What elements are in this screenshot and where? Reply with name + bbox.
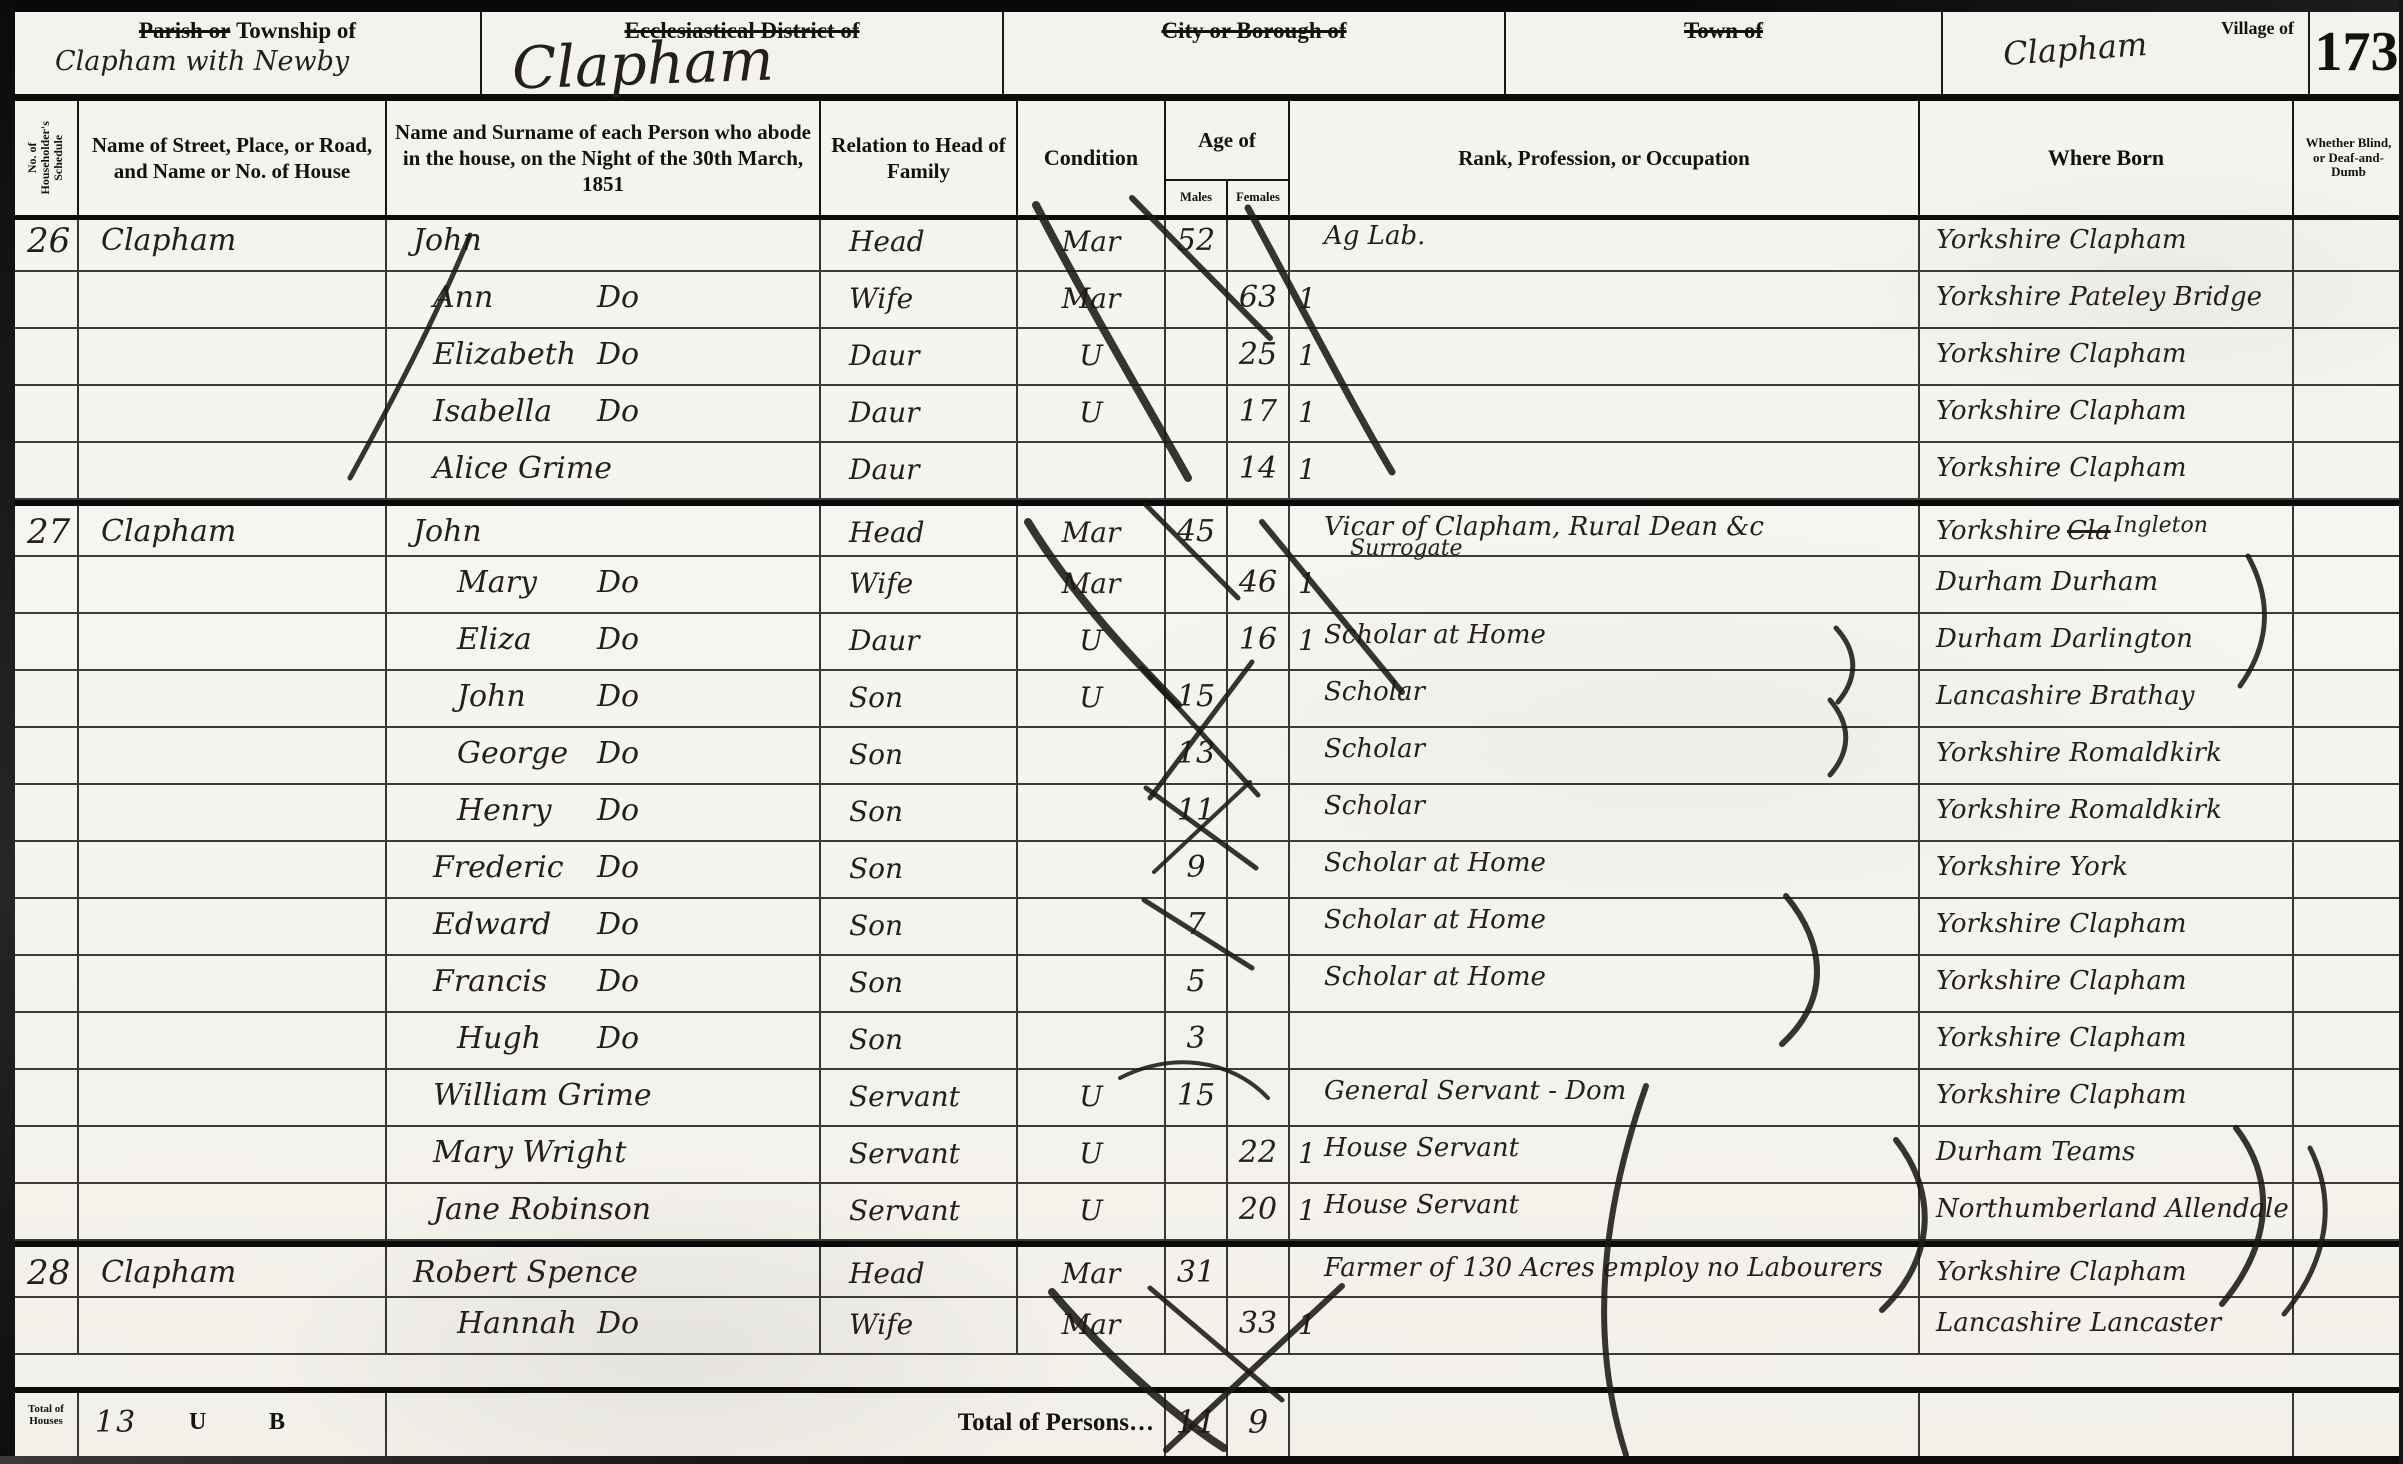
person-name: Jane Robinson <box>387 1184 821 1239</box>
relation-value: Head <box>821 215 1018 270</box>
where-born-value: Yorkshire Clapham <box>1920 899 2294 954</box>
table-row: FredericDo Son 9 Scholar at Home Yorkshi… <box>15 842 2403 899</box>
infirmity-value <box>2294 956 2403 1011</box>
schedule-number <box>15 329 79 384</box>
condition-value <box>1018 728 1166 783</box>
condition-value: Mar <box>1018 1298 1166 1353</box>
age-male-value <box>1166 272 1228 327</box>
parish-label: Parish or Township of <box>15 12 480 44</box>
schedule-number <box>15 1127 79 1182</box>
person-name: FrancisDo <box>387 956 821 1011</box>
schedule-number <box>15 842 79 897</box>
town-label: Town of <box>1506 12 1941 44</box>
ecclesiastical-box: Ecclesiastical District of Clapham <box>482 12 1004 94</box>
age-male-value <box>1166 1127 1228 1182</box>
condition-value <box>1018 842 1166 897</box>
table-row: EdwardDo Son 7 Scholar at Home Yorkshire… <box>15 899 2403 956</box>
age-male-value: 13 <box>1166 728 1228 783</box>
total-houses-cell: 13 U B <box>79 1393 387 1462</box>
relation-value: Head <box>821 1247 1018 1296</box>
scan-edge-left <box>0 0 15 1464</box>
person-name: John <box>387 506 821 555</box>
occupation-value: 1Scholar at Home <box>1290 614 1920 669</box>
village-box: Village of Clapham <box>1943 12 2310 94</box>
age-female-value: 33 <box>1228 1298 1290 1353</box>
infirmity-value <box>2294 506 2403 555</box>
where-born-value: Yorkshire York <box>1920 842 2294 897</box>
infirmity-value <box>2294 1298 2403 1353</box>
table-row: ElizabethDo Daur U 25 1 Yorkshire Clapha… <box>15 329 2403 386</box>
table-row: 27 Clapham John Head Mar 45 Vicar of Cla… <box>15 500 2403 557</box>
census-sheet: Parish or Township of Clapham with Newby… <box>0 0 2403 1464</box>
schedule-number <box>15 1070 79 1125</box>
infirmity-value <box>2294 899 2403 954</box>
infirmity-value <box>2294 329 2403 384</box>
col-age-females: Females <box>1228 181 1288 215</box>
age-male-value: 45 <box>1166 506 1228 555</box>
age-female-value <box>1228 1070 1290 1125</box>
total-males: 11 <box>1166 1393 1228 1462</box>
tally-tick: 1 <box>1298 282 1316 315</box>
total-houses-label: Total of Houses <box>15 1393 79 1462</box>
age-female-value <box>1228 1247 1290 1296</box>
occupation-value: 1 <box>1290 443 1920 498</box>
street-name <box>79 1184 387 1239</box>
condition-value: Mar <box>1018 215 1166 270</box>
col-age-split: MalesFemales <box>1166 181 1288 215</box>
person-name: John <box>387 215 821 270</box>
age-male-value: 9 <box>1166 842 1228 897</box>
page-header: Parish or Township of Clapham with Newby… <box>15 12 2403 101</box>
schedule-number <box>15 1184 79 1239</box>
schedule-number: 26 <box>15 215 79 270</box>
table-row: William Grime Servant U 15 General Serva… <box>15 1070 2403 1127</box>
age-female-value: 63 <box>1228 272 1290 327</box>
occupation-value: Scholar <box>1290 785 1920 840</box>
relation-value: Daur <box>821 329 1018 384</box>
where-born-value: Yorkshire Romaldkirk <box>1920 728 2294 783</box>
age-female-value <box>1228 728 1290 783</box>
col-condition: Condition <box>1018 101 1166 215</box>
age-female-value: 20 <box>1228 1184 1290 1239</box>
street-name <box>79 386 387 441</box>
scan-edge-top <box>0 0 2403 12</box>
person-name: HannahDo <box>387 1298 821 1353</box>
building-letter: B <box>269 1409 285 1436</box>
street-name <box>79 557 387 612</box>
scan-edge-bottom <box>0 1456 2403 1464</box>
table-row: ElizaDo Daur U 16 1Scholar at Home Durha… <box>15 614 2403 671</box>
footer-occupation-blank <box>1290 1393 1920 1462</box>
schedule-number <box>15 614 79 669</box>
age-female-value: 16 <box>1228 614 1290 669</box>
schedule-number <box>15 728 79 783</box>
occupation-value: Vicar of Clapham, Rural Dean &cSurrogate <box>1290 506 1920 555</box>
relation-value: Wife <box>821 1298 1018 1353</box>
census-rows: 26 Clapham John Head Mar 52 Ag Lab. York… <box>15 215 2403 1355</box>
table-row: 26 Clapham John Head Mar 52 Ag Lab. York… <box>15 215 2403 272</box>
street-name <box>79 1127 387 1182</box>
street-name <box>79 272 387 327</box>
street-name: Clapham <box>79 506 387 555</box>
person-name: HenryDo <box>387 785 821 840</box>
schedule-number <box>15 557 79 612</box>
person-name: JohnDo <box>387 671 821 726</box>
age-male-value: 7 <box>1166 899 1228 954</box>
occupation-value: Farmer of 130 Acres employ no Labourers <box>1290 1247 1920 1296</box>
age-male-value: 5 <box>1166 956 1228 1011</box>
col-age-males: Males <box>1166 181 1228 215</box>
street-name <box>79 671 387 726</box>
where-born-value: Yorkshire Clapham <box>1920 386 2294 441</box>
city-label: City or Borough of <box>1004 12 1504 44</box>
where-born-value: Yorkshire Clapham <box>1920 215 2294 270</box>
tally-tick: 1 <box>1298 396 1316 429</box>
age-male-value: 11 <box>1166 785 1228 840</box>
infirmity-value <box>2294 215 2403 270</box>
infirmity-value <box>2294 671 2403 726</box>
age-male-value: 15 <box>1166 1070 1228 1125</box>
infirmity-value <box>2294 1184 2403 1239</box>
occupation-value: 1House Servant <box>1290 1184 1920 1239</box>
table-row: HughDo Son 3 Yorkshire Clapham <box>15 1013 2403 1070</box>
relation-value: Son <box>821 842 1018 897</box>
schedule-number <box>15 785 79 840</box>
relation-value: Servant <box>821 1184 1018 1239</box>
column-headers: No. of Householder's Schedule Name of St… <box>15 101 2403 220</box>
street-name <box>79 1013 387 1068</box>
total-persons-label: Total of Persons… <box>958 1409 1154 1437</box>
relation-value: Son <box>821 1013 1018 1068</box>
parish-box: Parish or Township of Clapham with Newby <box>15 12 482 94</box>
where-born-value: Yorkshire Pateley Bridge <box>1920 272 2294 327</box>
total-females: 9 <box>1228 1393 1290 1462</box>
street-name <box>79 443 387 498</box>
age-female-value <box>1228 842 1290 897</box>
condition-value <box>1018 443 1166 498</box>
condition-value: U <box>1018 1070 1166 1125</box>
where-born-value: Durham Teams <box>1920 1127 2294 1182</box>
condition-value: Mar <box>1018 1247 1166 1296</box>
page-number: 173 <box>2310 12 2403 84</box>
street-name <box>79 1298 387 1353</box>
age-male-value <box>1166 443 1228 498</box>
footer-born-blank <box>1920 1393 2294 1462</box>
where-born-value: Yorkshire Clapham <box>1920 1070 2294 1125</box>
col-infirm: Whether Blind, or Deaf-and-Dumb <box>2294 101 2403 215</box>
where-born-value: Durham Durham <box>1920 557 2294 612</box>
occupation-value: General Servant - Dom <box>1290 1070 1920 1125</box>
person-name: IsabellaDo <box>387 386 821 441</box>
occupation-value: 1 <box>1290 272 1920 327</box>
where-born-value: Northumberland Allendale <box>1920 1184 2294 1239</box>
occupation-value: Ag Lab. <box>1290 215 1920 270</box>
street-name: Clapham <box>79 215 387 270</box>
ecclesiastical-value: Clapham <box>511 25 775 102</box>
tally-tick: 1 <box>1298 1194 1316 1227</box>
table-row: GeorgeDo Son 13 Scholar Yorkshire Romald… <box>15 728 2403 785</box>
age-male-value: 52 <box>1166 215 1228 270</box>
age-male-value: 3 <box>1166 1013 1228 1068</box>
footer-infirm-blank <box>2294 1393 2403 1462</box>
table-row: JohnDo Son U 15 Scholar Lancashire Brath… <box>15 671 2403 728</box>
table-row: 28 Clapham Robert Spence Head Mar 31 Far… <box>15 1241 2403 1298</box>
condition-value: Mar <box>1018 506 1166 555</box>
schedule-number <box>15 1013 79 1068</box>
page-number-box: 173 <box>2310 12 2403 94</box>
infirmity-value <box>2294 842 2403 897</box>
condition-value: Mar <box>1018 557 1166 612</box>
street-name <box>79 785 387 840</box>
col-born: Where Born <box>1920 101 2294 215</box>
condition-value <box>1018 956 1166 1011</box>
where-born-value: YorkshireClaIngleton <box>1920 506 2294 555</box>
street-name: Clapham <box>79 1247 387 1296</box>
age-male-value <box>1166 557 1228 612</box>
condition-value: U <box>1018 1184 1166 1239</box>
schedule-number <box>15 386 79 441</box>
table-row: Mary Wright Servant U 22 1House Servant … <box>15 1127 2403 1184</box>
table-row: Alice Grime Daur 14 1 Yorkshire Clapham <box>15 443 2403 500</box>
relation-value: Daur <box>821 386 1018 441</box>
person-name: ElizabethDo <box>387 329 821 384</box>
infirmity-value <box>2294 785 2403 840</box>
condition-value <box>1018 785 1166 840</box>
age-male-value <box>1166 1184 1228 1239</box>
occupation-value: 1 <box>1290 1298 1920 1353</box>
schedule-number: 28 <box>15 1247 79 1296</box>
infirmity-value <box>2294 728 2403 783</box>
street-name <box>79 842 387 897</box>
occupation-value: Scholar <box>1290 728 1920 783</box>
relation-value: Wife <box>821 557 1018 612</box>
occupation-value <box>1290 1013 1920 1068</box>
table-row: HannahDo Wife Mar 33 1 Lancashire Lancas… <box>15 1298 2403 1355</box>
street-name <box>79 329 387 384</box>
age-female-value: 17 <box>1228 386 1290 441</box>
age-female-value: 46 <box>1228 557 1290 612</box>
condition-value: U <box>1018 1127 1166 1182</box>
infirmity-value <box>2294 614 2403 669</box>
tally-tick: 1 <box>1298 1137 1316 1170</box>
relation-value: Daur <box>821 443 1018 498</box>
where-born-value: Yorkshire Clapham <box>1920 956 2294 1011</box>
table-row: Jane Robinson Servant U 20 1House Servan… <box>15 1184 2403 1241</box>
person-name: Robert Spence <box>387 1247 821 1296</box>
age-male-value <box>1166 386 1228 441</box>
occupation-value: 1 <box>1290 557 1920 612</box>
relation-value: Servant <box>821 1127 1018 1182</box>
person-name: AnnDo <box>387 272 821 327</box>
infirmity-value <box>2294 272 2403 327</box>
col-schedule: No. of Householder's Schedule <box>15 101 79 215</box>
condition-value: U <box>1018 671 1166 726</box>
relation-value: Son <box>821 785 1018 840</box>
infirmity-value <box>2294 557 2403 612</box>
age-female-value <box>1228 1013 1290 1068</box>
where-born-value: Yorkshire Clapham <box>1920 443 2294 498</box>
age-male-value <box>1166 614 1228 669</box>
scan-edge-right <box>2399 0 2403 1464</box>
age-female-value: 14 <box>1228 443 1290 498</box>
relation-value: Servant <box>821 1070 1018 1125</box>
schedule-number <box>15 899 79 954</box>
condition-value: U <box>1018 614 1166 669</box>
age-female-value <box>1228 785 1290 840</box>
person-name: HughDo <box>387 1013 821 1068</box>
infirmity-value <box>2294 443 2403 498</box>
where-born-value: Lancashire Brathay <box>1920 671 2294 726</box>
condition-value: U <box>1018 329 1166 384</box>
tally-tick: 1 <box>1298 339 1316 372</box>
city-box: City or Borough of <box>1004 12 1506 94</box>
schedule-number <box>15 443 79 498</box>
age-male-value <box>1166 329 1228 384</box>
infirmity-value <box>2294 1070 2403 1125</box>
street-name <box>79 899 387 954</box>
tally-tick: 1 <box>1298 453 1316 486</box>
table-row: IsabellaDo Daur U 17 1 Yorkshire Clapham <box>15 386 2403 443</box>
relation-value: Head <box>821 506 1018 555</box>
schedule-number <box>15 1298 79 1353</box>
table-row: MaryDo Wife Mar 46 1 Durham Durham <box>15 557 2403 614</box>
condition-value: Mar <box>1018 272 1166 327</box>
person-name: Mary Wright <box>387 1127 821 1182</box>
schedule-number <box>15 956 79 1011</box>
relation-value: Son <box>821 956 1018 1011</box>
condition-value <box>1018 1013 1166 1068</box>
tally-tick: 1 <box>1298 624 1316 657</box>
person-name: MaryDo <box>387 557 821 612</box>
age-female-value <box>1228 506 1290 555</box>
relation-value: Wife <box>821 272 1018 327</box>
occupation-value: Scholar <box>1290 671 1920 726</box>
person-name: William Grime <box>387 1070 821 1125</box>
relation-value: Son <box>821 728 1018 783</box>
occupation-value: 1House Servant <box>1290 1127 1920 1182</box>
age-female-value <box>1228 215 1290 270</box>
total-persons-cell: Total of Persons… <box>387 1393 1166 1462</box>
col-name: Name and Surname of each Person who abod… <box>387 101 821 215</box>
col-age: Age of MalesFemales <box>1166 101 1290 215</box>
age-female-value: 25 <box>1228 329 1290 384</box>
age-female-value <box>1228 956 1290 1011</box>
col-street: Name of Street, Place, or Road, and Name… <box>79 101 387 215</box>
person-name: GeorgeDo <box>387 728 821 783</box>
col-occupation: Rank, Profession, or Occupation <box>1290 101 1920 215</box>
occupation-value: Scholar at Home <box>1290 956 1920 1011</box>
town-box: Town of <box>1506 12 1943 94</box>
occupation-value: 1 <box>1290 386 1920 441</box>
tally-tick: 1 <box>1298 567 1316 600</box>
occupation-value: Scholar at Home <box>1290 842 1920 897</box>
schedule-number <box>15 272 79 327</box>
where-born-value: Lancashire Lancaster <box>1920 1298 2294 1353</box>
schedule-number <box>15 671 79 726</box>
relation-value: Son <box>821 671 1018 726</box>
street-name <box>79 956 387 1011</box>
infirmity-value <box>2294 1247 2403 1296</box>
condition-value: U <box>1018 386 1166 441</box>
parish-value: Clapham with Newby <box>55 46 349 77</box>
relation-value: Son <box>821 899 1018 954</box>
total-houses-value: 13 <box>95 1405 137 1440</box>
table-row: HenryDo Son 11 Scholar Yorkshire Romaldk… <box>15 785 2403 842</box>
age-male-value: 31 <box>1166 1247 1228 1296</box>
age-female-value: 22 <box>1228 1127 1290 1182</box>
table-row: AnnDo Wife Mar 63 1 Yorkshire Pateley Br… <box>15 272 2403 329</box>
person-name: ElizaDo <box>387 614 821 669</box>
age-male-value <box>1166 1298 1228 1353</box>
where-born-value: Yorkshire Clapham <box>1920 1013 2294 1068</box>
street-name <box>79 614 387 669</box>
table-row: FrancisDo Son 5 Scholar at Home Yorkshir… <box>15 956 2403 1013</box>
age-female-value <box>1228 899 1290 954</box>
street-name <box>79 728 387 783</box>
infirmity-value <box>2294 386 2403 441</box>
infirmity-value <box>2294 1127 2403 1182</box>
infirmity-value <box>2294 1013 2403 1068</box>
col-relation: Relation to Head of Family <box>821 101 1018 215</box>
uninhabited-letter: U <box>189 1409 206 1436</box>
person-name: FredericDo <box>387 842 821 897</box>
age-male-value: 15 <box>1166 671 1228 726</box>
person-name: Alice Grime <box>387 443 821 498</box>
occupation-value: Scholar at Home <box>1290 899 1920 954</box>
tally-tick: 1 <box>1298 1308 1316 1341</box>
where-born-value: Yorkshire Clapham <box>1920 329 2294 384</box>
schedule-number: 27 <box>15 506 79 555</box>
occupation-value: 1 <box>1290 329 1920 384</box>
where-born-value: Yorkshire Clapham <box>1920 1247 2294 1296</box>
condition-value <box>1018 899 1166 954</box>
age-female-value <box>1228 671 1290 726</box>
totals-footer: Total of Houses 13 U B Total of Persons…… <box>15 1387 2403 1464</box>
where-born-value: Durham Darlington <box>1920 614 2294 669</box>
person-name: EdwardDo <box>387 899 821 954</box>
where-born-value: Yorkshire Romaldkirk <box>1920 785 2294 840</box>
relation-value: Daur <box>821 614 1018 669</box>
street-name <box>79 1070 387 1125</box>
